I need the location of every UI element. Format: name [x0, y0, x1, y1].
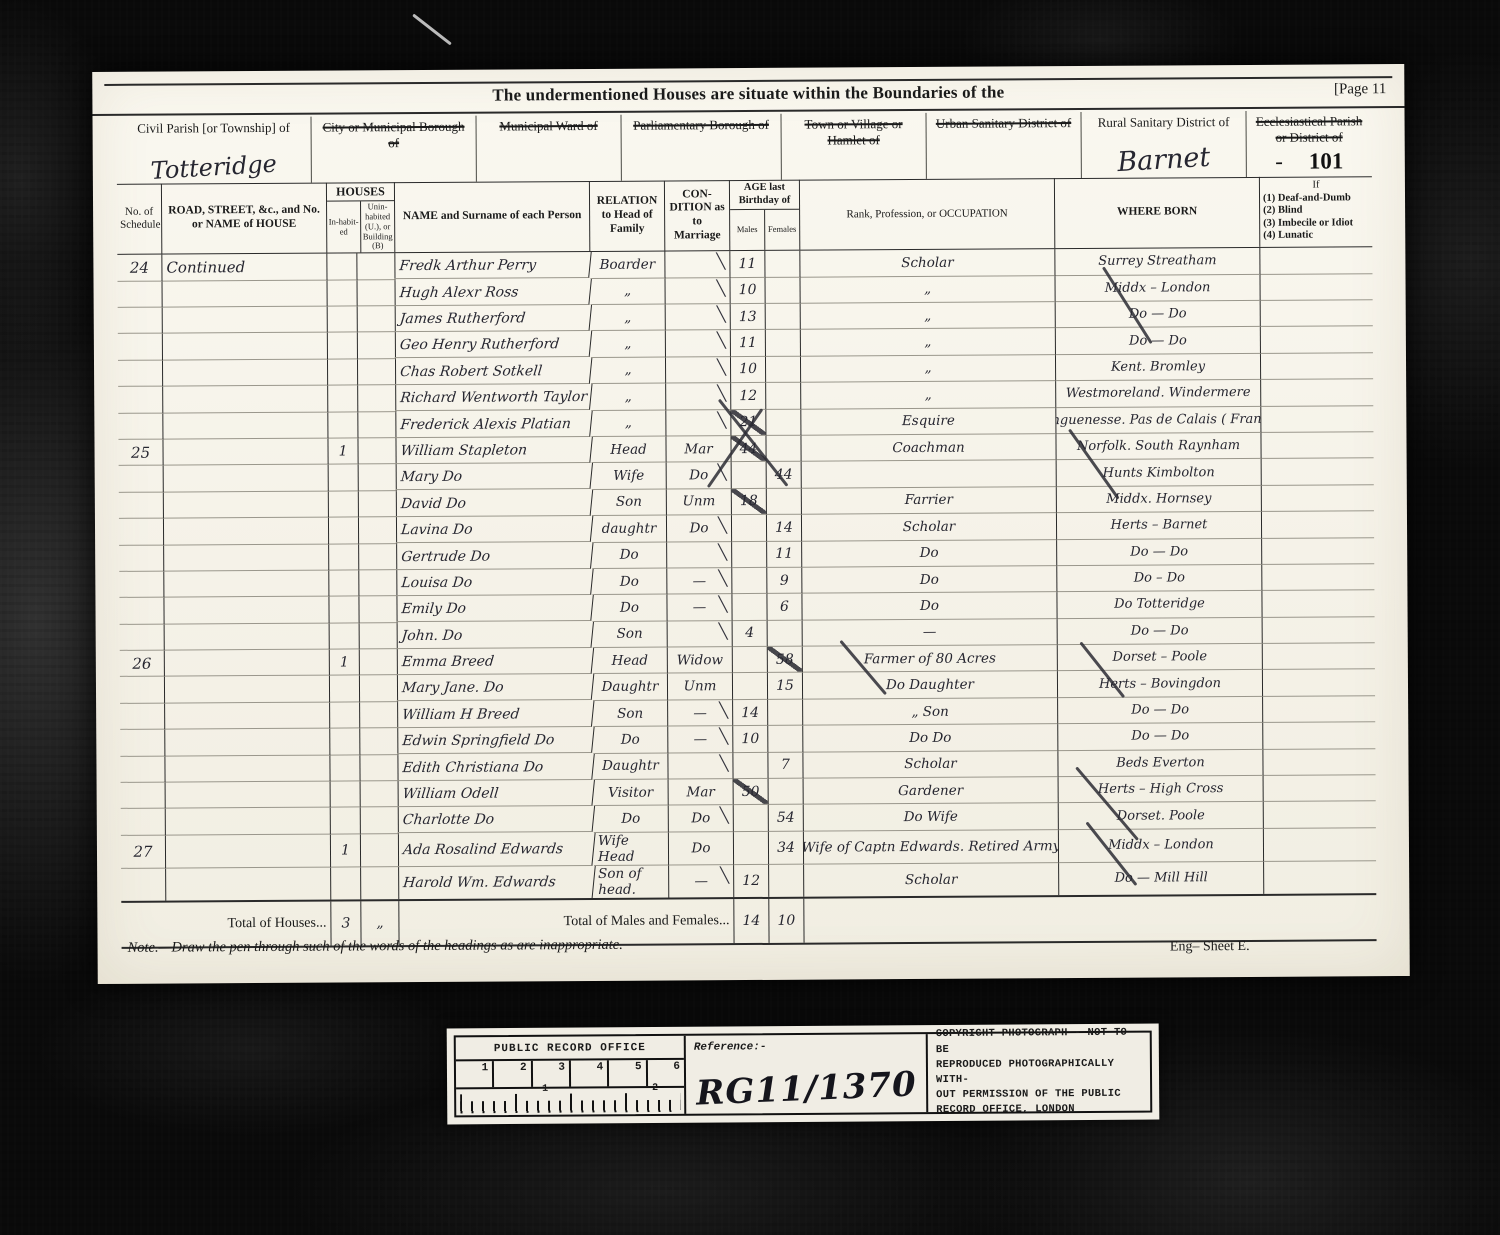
cell-age-female: 7	[768, 752, 803, 779]
cell-age-male: 10	[733, 726, 768, 753]
cell-occupation: „	[801, 355, 1056, 383]
cell-schedule-number	[118, 360, 163, 387]
condition-text: Do	[689, 520, 708, 536]
location-label: City or Municipal Borough of	[318, 119, 470, 152]
cell-age-female: 15	[768, 673, 803, 700]
clerk-tally-slash: ╲	[720, 866, 729, 884]
cell-age-male	[733, 753, 768, 780]
cell-age-female	[765, 277, 800, 304]
cell-where-born: Beds Everton	[1058, 750, 1263, 778]
cell-occupation: Scholar	[804, 863, 1059, 897]
cell-infirmity	[1262, 459, 1374, 486]
cell-age-male: 11	[731, 330, 766, 357]
cell-age-female	[767, 488, 802, 515]
cell-condition: ╲	[665, 251, 730, 278]
cell-relation: Do	[592, 595, 667, 622]
cell-road-street	[165, 729, 330, 756]
cell-houses-inhabited	[328, 359, 358, 386]
cell-schedule-number	[120, 703, 165, 730]
location-value	[786, 177, 922, 178]
clerk-tally-slash: ╲	[716, 279, 725, 297]
cell-infirmity	[1264, 828, 1376, 862]
cell-where-born: Middx. Hornsey	[1057, 486, 1262, 514]
cell-condition: ╲	[665, 278, 730, 305]
cell-houses-inhabited	[328, 333, 358, 360]
cell-road-street	[165, 755, 330, 782]
col-header-name: NAME and Surname of each Person	[398, 209, 586, 224]
cell-condition: — ╲	[667, 568, 732, 595]
cell-houses-uninhabited	[359, 570, 397, 597]
cell-houses-uninhabited	[359, 465, 397, 492]
cell-houses-inhabited	[330, 676, 360, 703]
cell-houses-inhabited	[329, 491, 359, 518]
cell-infirmity	[1263, 722, 1375, 749]
cell-relation: Daughtr	[593, 674, 668, 701]
cell-relation: „	[591, 331, 666, 358]
cell-condition: ╲	[666, 331, 731, 358]
location-cell: City or Municipal Borough of	[312, 116, 477, 183]
clerk-tally-slash: ╲	[718, 543, 727, 561]
cell-condition: Do ╲	[669, 806, 734, 833]
cell-person-name: Edith Christiana Do	[397, 754, 595, 782]
col-header-schedule: No. of Schedule	[117, 184, 162, 254]
cell-schedule-number	[118, 281, 163, 308]
cell-person-name: Geo Henry Rutherford	[395, 331, 593, 359]
cell-occupation	[802, 460, 1057, 488]
census-table: No. of Schedule ROAD, STREET, &c., and N…	[117, 176, 1377, 948]
cell-condition: ╲	[666, 357, 731, 384]
location-cell: Urban Sanitary District of	[926, 112, 1081, 179]
cell-road-street	[164, 597, 329, 624]
cell-where-born: Do — Do	[1058, 723, 1263, 751]
cell-relation: Head	[591, 436, 666, 463]
cell-houses-uninhabited	[358, 359, 396, 386]
cell-road-street	[165, 702, 330, 729]
stamp-office-name: PUBLIC RECORD OFFICE	[456, 1036, 684, 1060]
cell-person-name: Mary Do	[395, 463, 593, 491]
cell-schedule-number	[119, 519, 164, 546]
location-value	[931, 176, 1077, 177]
cell-person-name: Richard Wentworth Taylor	[395, 384, 593, 412]
location-cell: Town or Village or Hamlet of	[781, 113, 926, 180]
cell-relation: Do	[593, 727, 668, 754]
cell-schedule-number	[119, 571, 164, 598]
cell-age-male: 10	[731, 357, 766, 384]
cell-houses-uninhabited	[361, 808, 399, 835]
cell-age-female	[768, 726, 803, 753]
clerk-tally-slash: ╲	[718, 595, 727, 613]
cell-person-name: Harold Wm. Edwards	[398, 866, 596, 899]
cell-occupation: „	[801, 302, 1056, 330]
cell-age-female	[769, 779, 804, 806]
stamp-ruler-panel: PUBLIC RECORD OFFICE 123456 1 2	[456, 1036, 687, 1116]
cell-schedule-number	[121, 809, 166, 836]
col-header-inhabited: In-habit-ed	[327, 202, 361, 253]
cell-schedule-number: 26	[120, 651, 165, 678]
cell-houses-inhabited	[329, 465, 359, 492]
cell-houses-uninhabited	[360, 676, 398, 703]
cell-age-female	[765, 251, 800, 278]
col-header-houses: HOUSES	[327, 182, 394, 202]
cell-relation: Son of head.	[594, 865, 669, 897]
cell-infirmity	[1264, 861, 1376, 894]
cell-where-born: Do — Mill Hill	[1059, 862, 1264, 895]
cell-road-street	[163, 439, 328, 466]
cell-houses-uninhabited	[360, 728, 398, 755]
cell-relation: Son	[593, 621, 668, 648]
cell-person-name: Charlotte Do	[398, 806, 596, 834]
cell-condition: Mar ╲	[666, 436, 731, 463]
cell-schedule-number	[120, 756, 165, 783]
cell-houses-inhabited	[330, 702, 360, 729]
col-header-males: Males	[730, 210, 765, 250]
condition-text: Do	[691, 810, 710, 826]
cell-person-name: James Rutherford	[394, 305, 592, 333]
cell-infirmity	[1264, 802, 1376, 829]
cell-condition: — ╲	[667, 594, 732, 621]
cell-infirmity	[1260, 274, 1372, 301]
footer-note: Note.—Draw the pen through such of the w…	[128, 937, 623, 956]
cell-occupation: Scholar	[802, 513, 1057, 541]
cell-where-born: Do — Do	[1057, 538, 1262, 566]
cell-condition: Do ╲	[667, 515, 732, 542]
cell-person-name: William Stapleton	[395, 437, 593, 465]
cell-relation: Daughtr	[593, 753, 668, 780]
cell-age-female	[766, 436, 801, 463]
cell-houses-uninhabited	[360, 702, 398, 729]
cell-houses-inhabited	[330, 755, 360, 782]
cell-age-female	[769, 864, 804, 896]
cell-houses-uninhabited	[358, 412, 396, 439]
clerk-tally-slash: ╲	[720, 807, 729, 825]
cell-person-name: William H Breed	[397, 701, 595, 729]
cell-where-born: Middx – London	[1055, 274, 1260, 302]
ruler-number: 3	[533, 1061, 572, 1087]
cell-age-female	[766, 304, 801, 331]
cell-person-name: Lavina Do	[396, 516, 594, 544]
cell-occupation: Do Do	[803, 724, 1058, 752]
cell-infirmity	[1261, 353, 1373, 380]
cell-age-female	[768, 700, 803, 727]
cell-person-name: David Do	[396, 490, 594, 518]
cell-occupation: Scholar	[803, 751, 1058, 779]
cell-person-name: Frederick Alexis Platian	[395, 411, 593, 439]
cell-infirmity	[1263, 643, 1375, 670]
cell-person-name: Emily Do	[396, 595, 594, 623]
film-scratch	[412, 14, 452, 46]
cell-person-name: Fredk Arthur Perry	[394, 252, 592, 280]
cell-houses-uninhabited	[357, 253, 395, 280]
cell-age-male	[733, 647, 768, 674]
cell-houses-uninhabited	[359, 517, 397, 544]
cell-age-male	[732, 515, 767, 542]
cell-houses-inhabited: 1	[331, 834, 361, 867]
cell-infirmity	[1263, 670, 1375, 697]
cell-infirmity	[1262, 590, 1374, 617]
cell-age-male: 14	[733, 700, 768, 727]
cell-infirmity	[1262, 511, 1374, 538]
cell-condition: ╲	[666, 304, 731, 331]
cell-houses-inhabited	[328, 306, 358, 333]
table-body: 24 Continued Fredk Arthur Perry Boarder …	[117, 247, 1376, 900]
cell-houses-inhabited	[331, 867, 361, 899]
cell-schedule-number: 27	[121, 835, 166, 868]
cell-infirmity	[1262, 564, 1374, 591]
cell-road-street	[165, 676, 330, 703]
cell-houses-inhabited	[327, 254, 357, 281]
cell-road-street	[164, 465, 329, 492]
location-label: Rural Sanitary District of	[1088, 114, 1240, 131]
cell-infirmity	[1264, 775, 1376, 802]
clerk-tally-slash: ╲	[719, 622, 728, 640]
cell-infirmity	[1262, 485, 1374, 512]
cell-condition: Unm ╲	[667, 489, 732, 516]
condition-text: Mar	[686, 784, 714, 800]
cell-person-name: William Odell	[397, 780, 595, 808]
cell-age-female: 58	[768, 647, 803, 674]
col-header-females: Females	[765, 210, 799, 250]
cell-age-male: 18	[732, 489, 767, 516]
cell-road-street: Continued	[162, 254, 327, 281]
location-value	[626, 178, 777, 179]
cell-person-name: Chas Robert Sotkell	[395, 358, 593, 386]
col-header-occupation: Rank, Profession, or OCCUPATION	[800, 178, 1055, 250]
cell-occupation: Do	[802, 540, 1057, 568]
copyright-text: COPYRIGHT PHOTOGRAPH - NOT TO BE REPRODU…	[936, 1026, 1143, 1119]
cell-schedule-number: 25	[118, 440, 163, 467]
location-label: Parliamentary Borough of	[628, 117, 775, 134]
cell-houses-inhabited	[331, 781, 361, 808]
cell-relation: Head	[593, 648, 668, 675]
col-header-born: WHERE BORN	[1058, 205, 1256, 220]
cell-occupation: Do	[802, 592, 1057, 620]
cell-infirmity	[1263, 696, 1375, 723]
cell-person-name: John. Do	[396, 622, 594, 650]
cell-infirmity	[1261, 327, 1373, 354]
cell-age-female: 9	[767, 568, 802, 595]
cell-where-born: Herts – Bovingdon	[1058, 670, 1263, 698]
cell-road-street	[163, 333, 328, 360]
clerk-tally-slash: ╲	[717, 411, 726, 429]
col-header-infirmity: If (1) Deaf-and-Dumb (2) Blind (3) Imbec…	[1260, 176, 1372, 247]
cell-occupation: „ Son	[803, 698, 1058, 726]
condition-text: Do	[689, 467, 708, 483]
cell-houses-inhabited	[331, 808, 361, 835]
location-value: Barnet	[1085, 140, 1243, 180]
cell-occupation: Gardener	[804, 777, 1059, 805]
cell-age-male	[732, 568, 767, 595]
census-photograph: The undermentioned Houses are situate wi…	[0, 0, 1500, 1235]
cell-road-street	[166, 782, 331, 809]
clerk-tally-slash: ╲	[717, 358, 726, 376]
cell-road-street	[166, 808, 331, 835]
cell-where-born: Herts – Barnet	[1057, 512, 1262, 540]
clerk-tally-slash: ╲	[716, 252, 725, 270]
cell-age-male	[734, 805, 769, 832]
cell-infirmity	[1261, 432, 1373, 459]
location-cell: Municipal Ward of	[477, 115, 622, 182]
condition-text: Unm	[682, 494, 715, 510]
cell-schedule-number	[119, 598, 164, 625]
stamp-reference-panel: Reference:- RG11/1370	[686, 1034, 929, 1114]
ruler-number: 4	[571, 1060, 610, 1086]
cell-houses-inhabited: 1	[330, 649, 360, 676]
cell-relation: Visitor	[594, 780, 669, 807]
cell-condition: Unm ╲	[668, 674, 733, 701]
clerk-tally-slash: ╲	[719, 701, 728, 719]
cell-houses-inhabited	[328, 386, 358, 413]
cell-person-name: Emma Breed	[397, 648, 595, 676]
clerk-tally-slash: ╲	[719, 754, 728, 772]
cell-age-female: 6	[767, 594, 802, 621]
cell-where-born: Do — Do	[1058, 697, 1263, 725]
location-header-row: Civil Parish [or Township] of Totteridge…	[117, 110, 1372, 185]
cell-where-born: Do — Do	[1056, 327, 1261, 355]
cell-road-street	[163, 307, 328, 334]
condition-text: —	[693, 599, 707, 615]
cell-age-male: 50	[734, 779, 769, 806]
location-cell: Parliamentary Borough of	[621, 114, 781, 181]
cell-where-born: Surrey Streatham	[1055, 248, 1260, 276]
cell-houses-inhabited	[329, 597, 359, 624]
clerk-tally-slash: ╲	[717, 305, 726, 323]
cell-occupation: Do Daughter	[803, 672, 1058, 700]
cell-age-female	[766, 409, 801, 436]
col-header-age-group: AGE last Birthday of Males Females	[730, 180, 800, 251]
cell-houses-uninhabited	[360, 623, 398, 650]
cell-houses-uninhabited	[361, 867, 399, 899]
reference-label: Reference:-	[694, 1040, 918, 1054]
cell-relation: „	[591, 357, 666, 384]
cell-schedule-number	[119, 466, 164, 493]
location-cell: Civil Parish [or Township] of Totteridge	[117, 117, 312, 184]
cell-age-female: 54	[769, 805, 804, 832]
cell-infirmity	[1262, 538, 1374, 565]
cell-road-street	[164, 491, 329, 518]
cell-occupation: Wife of Captn Edwards. Retired Army	[804, 830, 1059, 865]
condition-text: Unm	[684, 678, 717, 694]
cell-where-born: Do — Do	[1056, 301, 1261, 329]
cell-relation: Do	[592, 542, 667, 569]
cell-condition: Do ╲	[669, 832, 734, 865]
cell-road-street	[166, 834, 331, 868]
cell-where-born: Hunts Kimbolton	[1057, 459, 1262, 487]
location-label: Urban Sanitary District of	[933, 115, 1075, 132]
cell-road-street	[164, 544, 329, 571]
cell-houses-inhabited	[330, 729, 360, 756]
clerk-tally-slash: ╲	[719, 727, 728, 745]
cell-infirmity	[1261, 300, 1373, 327]
cell-condition: — ╲	[669, 865, 734, 897]
clerk-tally-slash: ╲	[717, 332, 726, 350]
col-header-road: ROAD, STREET, &c., and No. or NAME of HO…	[165, 204, 323, 233]
cell-houses-inhabited: 1	[328, 438, 358, 465]
cell-houses-inhabited	[328, 412, 358, 439]
cell-houses-inhabited	[328, 280, 358, 307]
ruler-number: 5	[609, 1060, 648, 1086]
table-header: No. of Schedule ROAD, STREET, &c., and N…	[117, 176, 1372, 255]
cell-age-male: 12	[731, 383, 766, 410]
cell-condition: ╲	[667, 542, 732, 569]
cell-relation: Son	[592, 489, 667, 516]
cell-schedule-number	[118, 308, 163, 335]
condition-text: —	[693, 705, 707, 721]
col-header-uninhabited: Unin-habited (U.), or Building (B)	[361, 202, 394, 253]
cell-where-born: Middx – London	[1059, 829, 1264, 863]
public-record-office-stamp: PUBLIC RECORD OFFICE 123456 1 2 Referenc…	[447, 1024, 1160, 1125]
condition-text: Widow	[677, 652, 723, 668]
cell-age-female: 11	[767, 541, 802, 568]
cell-age-male	[732, 462, 767, 489]
cell-houses-uninhabited	[359, 544, 397, 571]
cell-occupation: Coachman	[801, 434, 1056, 462]
cell-relation: Son	[593, 700, 668, 727]
cell-infirmity	[1261, 379, 1373, 406]
cell-schedule-number	[119, 492, 164, 519]
cell-occupation: „	[801, 381, 1056, 409]
cell-age-male: 12	[734, 865, 769, 897]
clerk-tally-slash: ╲	[718, 569, 727, 587]
cell-schedule-number	[120, 730, 165, 757]
location-cell: Rural Sanitary District of Barnet	[1081, 111, 1246, 178]
col-header-infirmity-title: If	[1263, 179, 1369, 192]
cell-houses-uninhabited	[358, 306, 396, 333]
cell-condition: ╲	[666, 383, 731, 410]
cell-houses-uninhabited	[358, 438, 396, 465]
cell-age-female: 34	[769, 831, 804, 864]
cell-where-born: Do — Do	[1058, 618, 1263, 646]
location-value	[481, 179, 617, 180]
cell-road-street	[163, 359, 328, 386]
cell-person-name: Louisa Do	[396, 569, 594, 597]
cell-where-born: Dorset – Poole	[1058, 644, 1263, 672]
cell-where-born: Do – Do	[1057, 565, 1262, 593]
stamp-ruler-ticks: 1 2	[456, 1088, 684, 1116]
cell-age-female: 14	[767, 515, 802, 542]
cell-age-female	[766, 330, 801, 357]
cell-where-born: Longuenesse. Pas de Calais ( France)	[1056, 406, 1261, 434]
cell-age-male: 4	[733, 621, 768, 648]
cell-schedule-number	[121, 783, 166, 810]
cell-person-name: Edwin Springfield Do	[397, 727, 595, 755]
cell-relation: Boarder	[590, 252, 665, 279]
cell-houses-inhabited	[329, 518, 359, 545]
location-value: Totteridge	[120, 148, 307, 187]
cell-age-female	[768, 620, 803, 647]
condition-text: —	[694, 873, 708, 889]
cell-relation: „	[591, 384, 666, 411]
cell-occupation: Esquire	[801, 408, 1056, 436]
cell-infirmity	[1260, 247, 1372, 274]
cell-schedule-number	[120, 624, 165, 651]
location-label: Civil Parish [or Township] of	[123, 120, 305, 137]
cell-where-born: Westmoreland. Windermere	[1056, 380, 1261, 408]
cell-houses-inhabited	[329, 570, 359, 597]
cell-houses-inhabited	[329, 544, 359, 571]
condition-text: —	[694, 731, 708, 747]
cell-condition: — ╲	[668, 700, 733, 727]
col-header-condition: CON-DITION as to Marriage	[668, 188, 726, 244]
location-value: -101	[1251, 148, 1368, 175]
cell-houses-uninhabited	[359, 491, 397, 518]
cell-age-female	[766, 356, 801, 383]
cell-road-street	[163, 386, 328, 413]
cell-occupation: „	[801, 329, 1056, 357]
col-header-age: AGE last Birthday of	[730, 180, 799, 211]
cell-age-male: 13	[731, 304, 766, 331]
stamp-ruler-numbers: 123456	[456, 1058, 684, 1090]
location-cell: Ecclesiastical Parish or District of -10…	[1246, 110, 1371, 177]
